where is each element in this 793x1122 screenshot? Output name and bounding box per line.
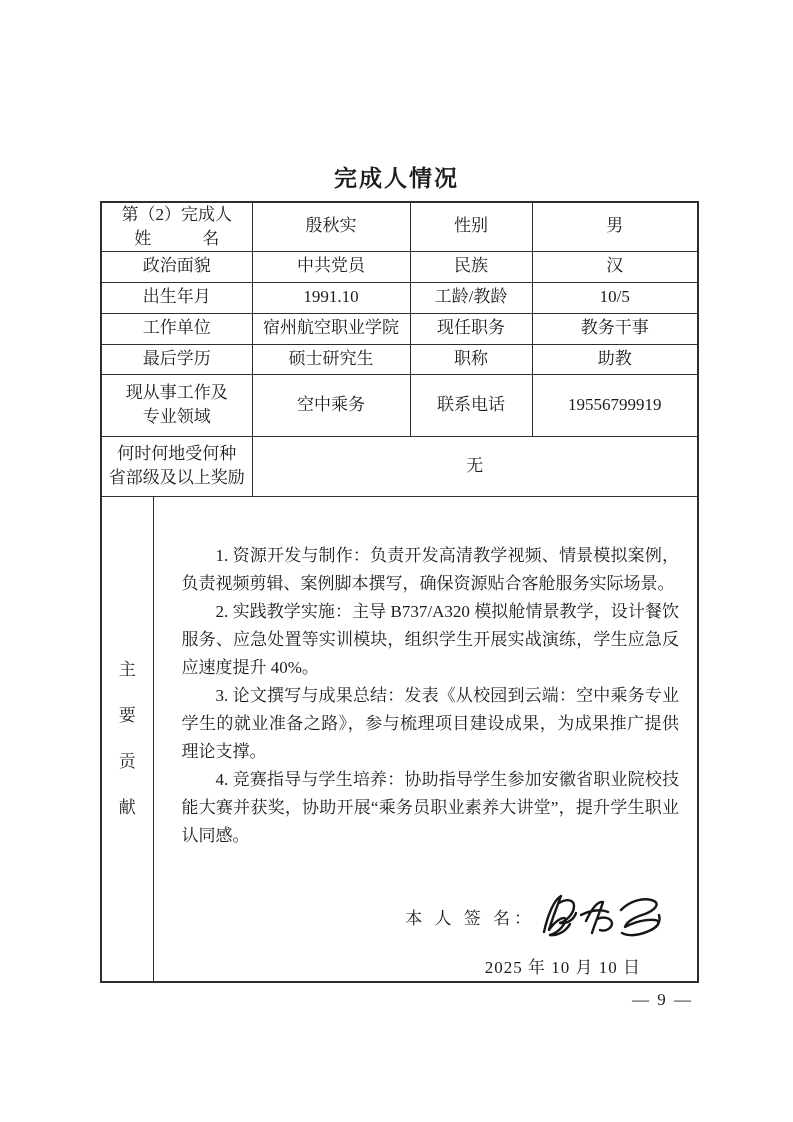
field-label-main-contribution: 主要贡献 xyxy=(101,496,153,982)
table-row: 出生年月 1991.10 工龄/教龄 10/5 xyxy=(101,282,698,313)
field-label-name-line2: 姓 名 xyxy=(102,227,252,251)
contribution-paragraph-4: 4. 竞赛指导与学生培养：协助指导学生参加安徽省职业院校技能大赛并获奖，协助开展… xyxy=(182,766,680,850)
field-label-current-work-field-line1: 现从事工作及 xyxy=(102,381,252,405)
field-label-ethnicity: 民族 xyxy=(410,251,532,282)
contribution-paragraph-3: 3. 论文撰写与成果总结：发表《从校园到云端：空中乘务专业学生的就业准备之路》，… xyxy=(182,682,680,766)
contribution-paragraphs: 1. 资源开发与制作：负责开发高清教学视频、情景模拟案例，负责视频剪辑、案例脚本… xyxy=(182,542,680,850)
main-contribution-cell: 1. 资源开发与制作：负责开发高清教学视频、情景模拟案例，负责视频剪辑、案例脚本… xyxy=(153,496,698,982)
field-label-awards-line1: 何时何地受何种 xyxy=(102,442,252,466)
field-value-political-status: 中共党员 xyxy=(252,251,410,282)
table-row: 主要贡献 1. 资源开发与制作：负责开发高清教学视频、情景模拟案例，负责视频剪辑… xyxy=(101,496,698,982)
field-label-current-work-field: 现从事工作及 专业领域 xyxy=(101,374,252,436)
field-label-awards: 何时何地受何种 省部级及以上奖励 xyxy=(101,436,252,496)
field-value-seniority: 10/5 xyxy=(532,282,698,313)
field-value-final-education: 硕士研究生 xyxy=(252,344,410,374)
field-value-contact-phone: 19556799919 xyxy=(532,374,698,436)
field-value-birth-date: 1991.10 xyxy=(252,282,410,313)
page-number: — 9 — xyxy=(632,990,693,1010)
page-title: 完成人情况 xyxy=(0,160,793,193)
field-label-gender: 性别 xyxy=(410,202,532,251)
field-label-contact-phone: 联系电话 xyxy=(410,374,532,436)
table-row: 何时何地受何种 省部级及以上奖励 无 xyxy=(101,436,698,496)
signature-label: 本 人 签 名： xyxy=(405,907,535,932)
field-label-name: 第（2）完成人 姓 名 xyxy=(101,202,252,251)
table-row: 第（2）完成人 姓 名 殷秋实 性别 男 xyxy=(101,202,698,251)
contribution-paragraph-2: 2. 实践教学实施：主导 B737/A320 模拟舱情景教学，设计餐饮服务、应急… xyxy=(182,598,680,682)
field-label-final-education: 最后学历 xyxy=(101,344,252,374)
field-label-seniority: 工龄/教龄 xyxy=(410,282,532,313)
main-contribution-vertical-label: 主要贡献 xyxy=(117,647,137,831)
field-value-current-position: 教务干事 xyxy=(532,313,698,344)
signature-image xyxy=(537,888,665,944)
document-page: 完成人情况 第（2）完成人 姓 名 殷秋实 性别 男 政治面貌 中共党员 民族 … xyxy=(0,0,793,1122)
table-row: 工作单位 宿州航空职业学院 现任职务 教务干事 xyxy=(101,313,698,344)
field-label-birth-date: 出生年月 xyxy=(101,282,252,313)
table-row: 最后学历 硕士研究生 职称 助教 xyxy=(101,344,698,374)
field-label-political-status: 政治面貌 xyxy=(101,251,252,282)
field-value-gender: 男 xyxy=(532,202,698,251)
table-row: 现从事工作及 专业领域 空中乘务 联系电话 19556799919 xyxy=(101,374,698,436)
field-value-name: 殷秋实 xyxy=(252,202,410,251)
field-value-awards: 无 xyxy=(252,436,698,496)
field-label-current-work-field-line2: 专业领域 xyxy=(102,405,252,429)
field-value-work-unit: 宿州航空职业学院 xyxy=(252,313,410,344)
field-label-name-line1: 第（2）完成人 xyxy=(102,203,252,227)
table-row: 政治面貌 中共党员 民族 汉 xyxy=(101,251,698,282)
signature-row: 本 人 签 名： xyxy=(154,896,698,944)
field-label-professional-title: 职称 xyxy=(410,344,532,374)
field-label-awards-line2: 省部级及以上奖励 xyxy=(102,466,252,490)
completer-info-table: 第（2）完成人 姓 名 殷秋实 性别 男 政治面貌 中共党员 民族 汉 出生年月… xyxy=(100,201,699,983)
field-label-work-unit: 工作单位 xyxy=(101,313,252,344)
contribution-paragraph-1: 1. 资源开发与制作：负责开发高清教学视频、情景模拟案例，负责视频剪辑、案例脚本… xyxy=(182,542,680,598)
field-value-ethnicity: 汉 xyxy=(532,251,698,282)
field-value-professional-title: 助教 xyxy=(532,344,698,374)
signature-date: 2025 年 10 月 10 日 xyxy=(154,956,698,981)
field-label-current-position: 现任职务 xyxy=(410,313,532,344)
field-value-current-work-field: 空中乘务 xyxy=(252,374,410,436)
